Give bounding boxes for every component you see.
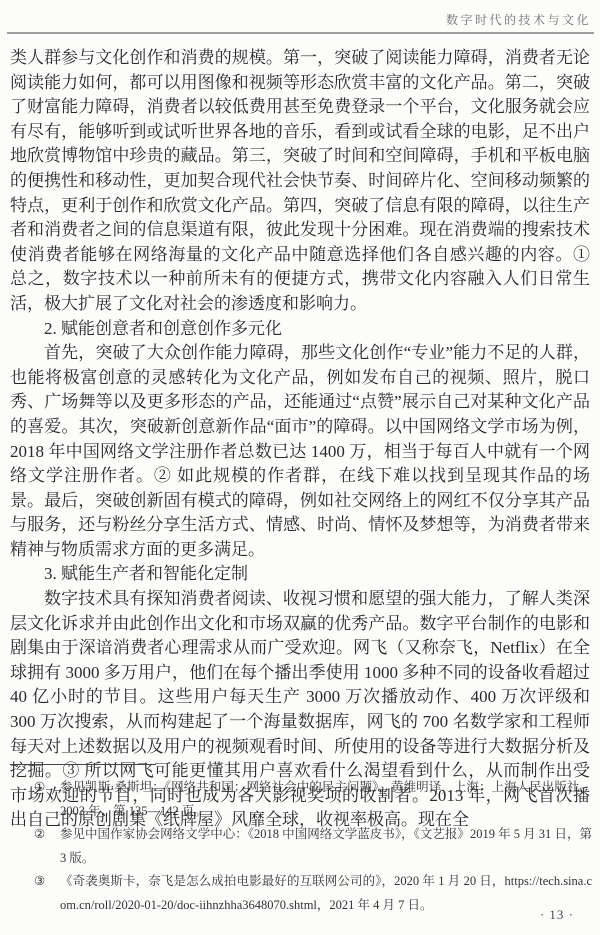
body-text: 类人群参与文化创作和消费的规模。第一，突破了阅读能力障碍，消费者无论阅读能力如何… — [10, 46, 590, 833]
paragraph-creators: 首先，突破了大众创作能力障碍，那些文化创作“专业”能力不足的人群，也能将极富创意… — [10, 341, 590, 562]
footnote-text-3: 《奇袭奥斯卡，奈飞是怎么成拍电影最好的互联网公司的》，2020 年 1 月 20… — [60, 870, 592, 917]
section-heading-2: 2. 赋能创意者和创意创作多元化 — [10, 317, 590, 342]
page-number: · 13 · — [540, 907, 574, 923]
footnote-item-2: ② 参见中国作家协会网络文学中心：《2018 中国网络文学蓝皮书》，《文艺报》2… — [10, 823, 592, 870]
footnote-divider — [10, 764, 156, 765]
footnote-text-2: 参见中国作家协会网络文学中心：《2018 中国网络文学蓝皮书》，《文艺报》201… — [60, 823, 592, 870]
footnotes-block: ① 参见凯斯·桑斯坦：《网络共和国：网络社会中的民主问题》，黄维明译，上海：上海… — [10, 776, 592, 918]
section-heading-3: 3. 赋能生产者和智能化定制 — [10, 562, 590, 587]
footnote-marker-1: ① — [34, 776, 60, 800]
footnote-marker-3: ③ — [34, 870, 60, 894]
paragraph-continuation: 类人群参与文化创作和消费的规模。第一，突破了阅读能力障碍，消费者无论阅读能力如何… — [10, 46, 590, 317]
header-divider — [7, 32, 594, 34]
footnote-marker-2: ② — [34, 823, 60, 847]
footnote-item-3: ③ 《奇袭奥斯卡，奈飞是怎么成拍电影最好的互联网公司的》，2020 年 1 月 … — [10, 870, 592, 917]
footnote-text-1: 参见凯斯·桑斯坦：《网络共和国：网络社会中的民主问题》，黄维明译，上海：上海人民… — [60, 776, 592, 823]
running-head-title: 数字时代的技术与文化 — [446, 11, 591, 28]
footnote-item-1: ① 参见凯斯·桑斯坦：《网络共和国：网络社会中的民主问题》，黄维明译，上海：上海… — [10, 776, 592, 823]
book-page: 数字时代的技术与文化 类人群参与文化创作和消费的规模。第一，突破了阅读能力障碍，… — [0, 0, 600, 935]
